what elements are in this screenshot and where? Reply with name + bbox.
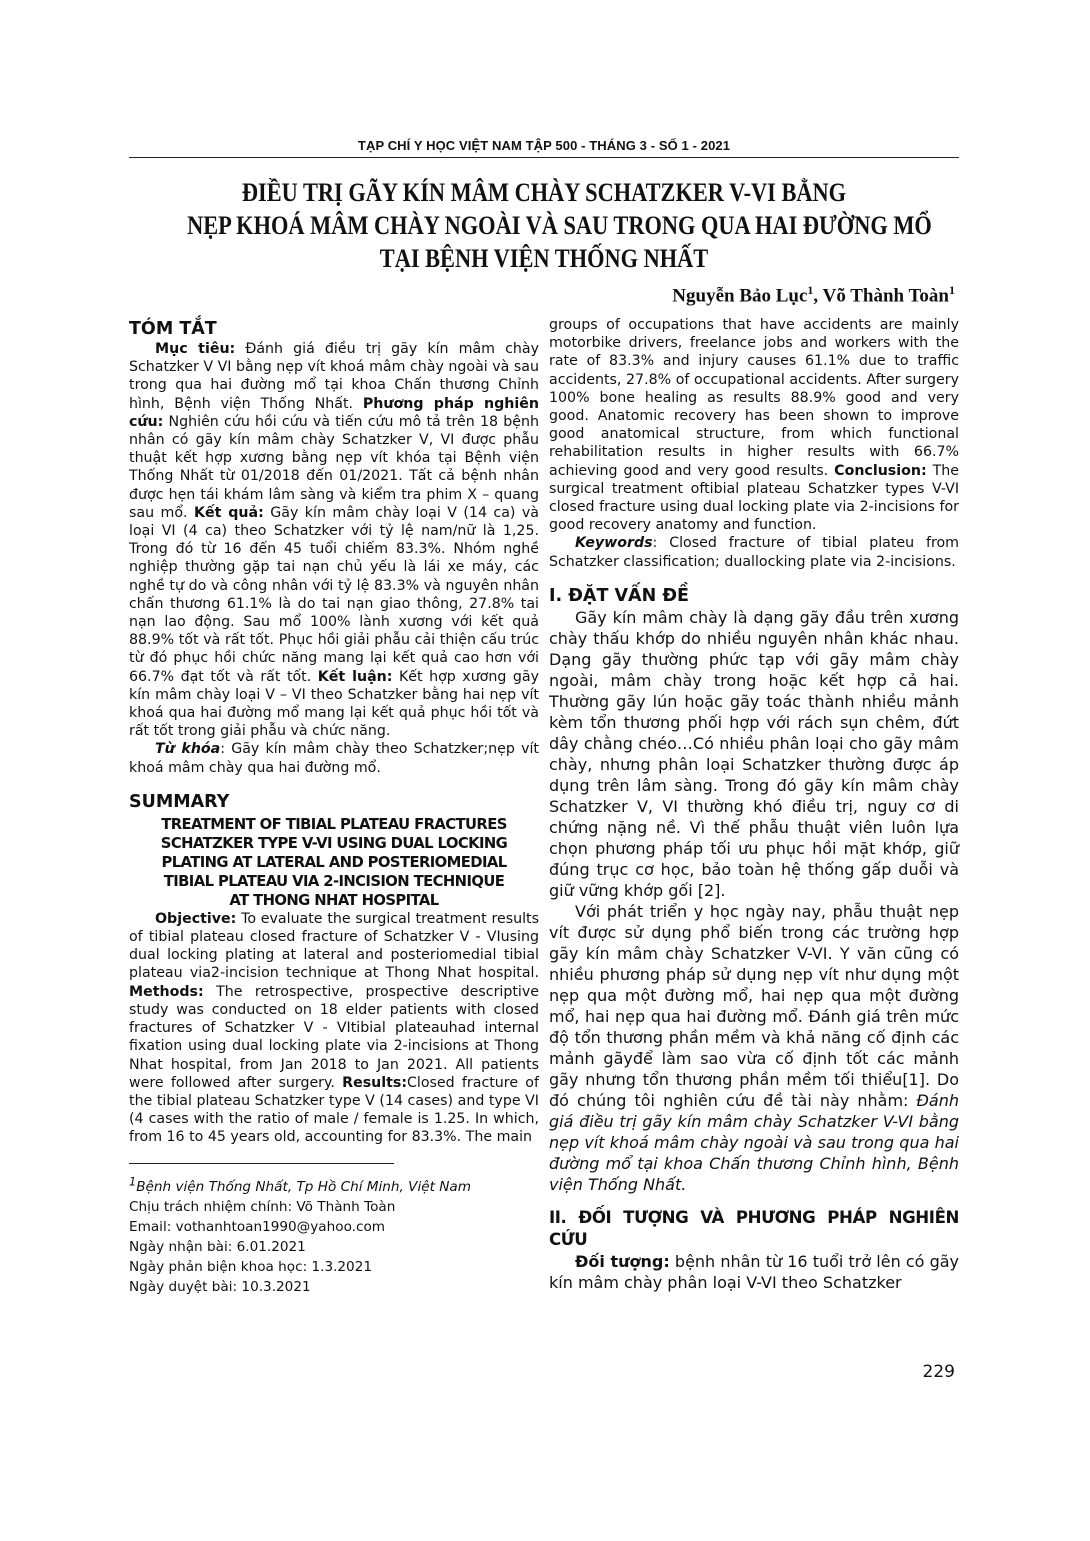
summary-title: TREATMENT OF TIBIAL PLATEAU FRACTURES SC… — [129, 815, 539, 910]
keywords-vi: Từ khóa: Gãy kín mâm chày theo Schatzker… — [129, 740, 539, 776]
summary-title-line: AT THONG NHAT HOSPITAL — [129, 891, 539, 910]
date-accepted: Ngày duyệt bài: 10.3.2021 — [129, 1277, 539, 1297]
methods-label: Methods: — [129, 984, 204, 1000]
date-reviewed: Ngày phản biện khoa học: 1.3.2021 — [129, 1257, 539, 1277]
email: Email: vothanhtoan1990@yahoo.com — [129, 1217, 539, 1237]
page-number: 229 — [923, 1362, 955, 1382]
keywords-en-label: Keywords — [575, 535, 653, 551]
journal-page: TẠP CHÍ Y HỌC VIỆT NAM TẬP 500 - THÁNG 3… — [129, 0, 959, 1541]
section-2-body: Đối tượng: bệnh nhân từ 16 tuổi trở lên … — [549, 1251, 959, 1293]
date-received: Ngày nhận bài: 6.01.2021 — [129, 1237, 539, 1257]
title-line-3: TẠI BỆNH VIỆN THỐNG NHẤT — [187, 242, 901, 275]
right-column: groups of occupations that have accident… — [549, 316, 959, 1293]
title-line-1: ĐIỀU TRỊ GÃY KÍN MÂM CHÀY SCHATZKER V-VI… — [187, 176, 901, 209]
left-column: TÓM TẮT Mục tiêu: Đánh giá điều trị gãy … — [129, 318, 539, 1297]
conclusion-label: Conclusion: — [834, 463, 926, 479]
running-header: TẠP CHÍ Y HỌC VIỆT NAM TẬP 500 - THÁNG 3… — [129, 138, 959, 153]
header-rule — [129, 157, 959, 158]
results-vi-label: Kết quả: — [194, 505, 264, 521]
summary-heading: SUMMARY — [129, 791, 539, 813]
footnote-rule — [129, 1163, 394, 1164]
responsible-author: Chịu trách nhiệm chính: Võ Thành Toàn — [129, 1197, 539, 1217]
author-2: Võ Thành Toàn — [823, 285, 949, 306]
author-1: Nguyễn Bảo Lục — [672, 285, 807, 306]
section-1-paragraph-2: Với phát triển y học ngày nay, phẫu thuậ… — [549, 901, 959, 1195]
conclusion-vi-label: Kết luận: — [318, 669, 393, 685]
article-title: ĐIỀU TRỊ GÃY KÍN MÂM CHÀY SCHATZKER V-VI… — [187, 176, 901, 275]
objective-label: Objective: — [155, 911, 236, 927]
section-1-heading: I. ĐẶT VẤN ĐỀ — [549, 585, 959, 607]
summary-paragraph-right: groups of occupations that have accident… — [549, 316, 959, 534]
subjects-label: Đối tượng: — [575, 1252, 670, 1271]
section-1-paragraph-2-text: Với phát triển y học ngày nay, phẫu thuậ… — [549, 902, 959, 1110]
results-label: Results: — [342, 1075, 407, 1091]
author-line: Nguyễn Bảo Lục1, Võ Thành Toàn1 — [672, 283, 955, 307]
section-1-body: Gãy kín mâm chày là dạng gãy đầu trên xư… — [549, 607, 959, 1195]
abstract-vi-heading: TÓM TẮT — [129, 318, 539, 340]
objective-vi-label: Mục tiêu: — [155, 341, 235, 357]
keywords-en: Keywords: Closed fracture of tibial plat… — [549, 534, 959, 570]
author-separator: , — [813, 285, 822, 306]
affiliation-text: Bệnh viện Thống Nhất, Tp Hồ Chí Minh, Vi… — [136, 1179, 471, 1195]
section-2-paragraph-1: Đối tượng: bệnh nhân từ 16 tuổi trở lên … — [549, 1251, 959, 1293]
section-2-heading: II. ĐỐI TƯỢNG VÀ PHƯƠNG PHÁP NGHIÊN CỨU — [549, 1207, 959, 1251]
results-text-part2: groups of occupations that have accident… — [549, 317, 959, 479]
author-2-affiliation: 1 — [949, 283, 955, 297]
summary-paragraph-left: Objective: To evaluate the surgical trea… — [129, 910, 539, 1147]
summary-title-line: TIBIAL PLATEAU VIA 2-INCISION TECHNIQUE — [129, 872, 539, 891]
affiliation: 1Bệnh viện Thống Nhất, Tp Hồ Chí Minh, V… — [129, 1172, 539, 1198]
summary-title-line: PLATING AT LATERAL AND POSTERIOMEDIAL — [129, 853, 539, 872]
abstract-vi-paragraph: Mục tiêu: Đánh giá điều trị gãy kín mâm … — [129, 340, 539, 740]
footnote: 1Bệnh viện Thống Nhất, Tp Hồ Chí Minh, V… — [129, 1172, 539, 1298]
summary-title-line: TREATMENT OF TIBIAL PLATEAU FRACTURES — [129, 815, 539, 834]
summary-title-line: SCHATZKER TYPE V-VI USING DUAL LOCKING — [129, 834, 539, 853]
results-vi-text: Gãy kín mâm chày loại V (14 ca) và loại … — [129, 505, 539, 685]
section-1-paragraph-1: Gãy kín mâm chày là dạng gãy đầu trên xư… — [549, 607, 959, 901]
keywords-vi-label: Từ khóa — [155, 741, 220, 757]
title-line-2: NẸP KHOÁ MÂM CHÀY NGOÀI VÀ SAU TRONG QUA… — [187, 209, 901, 242]
